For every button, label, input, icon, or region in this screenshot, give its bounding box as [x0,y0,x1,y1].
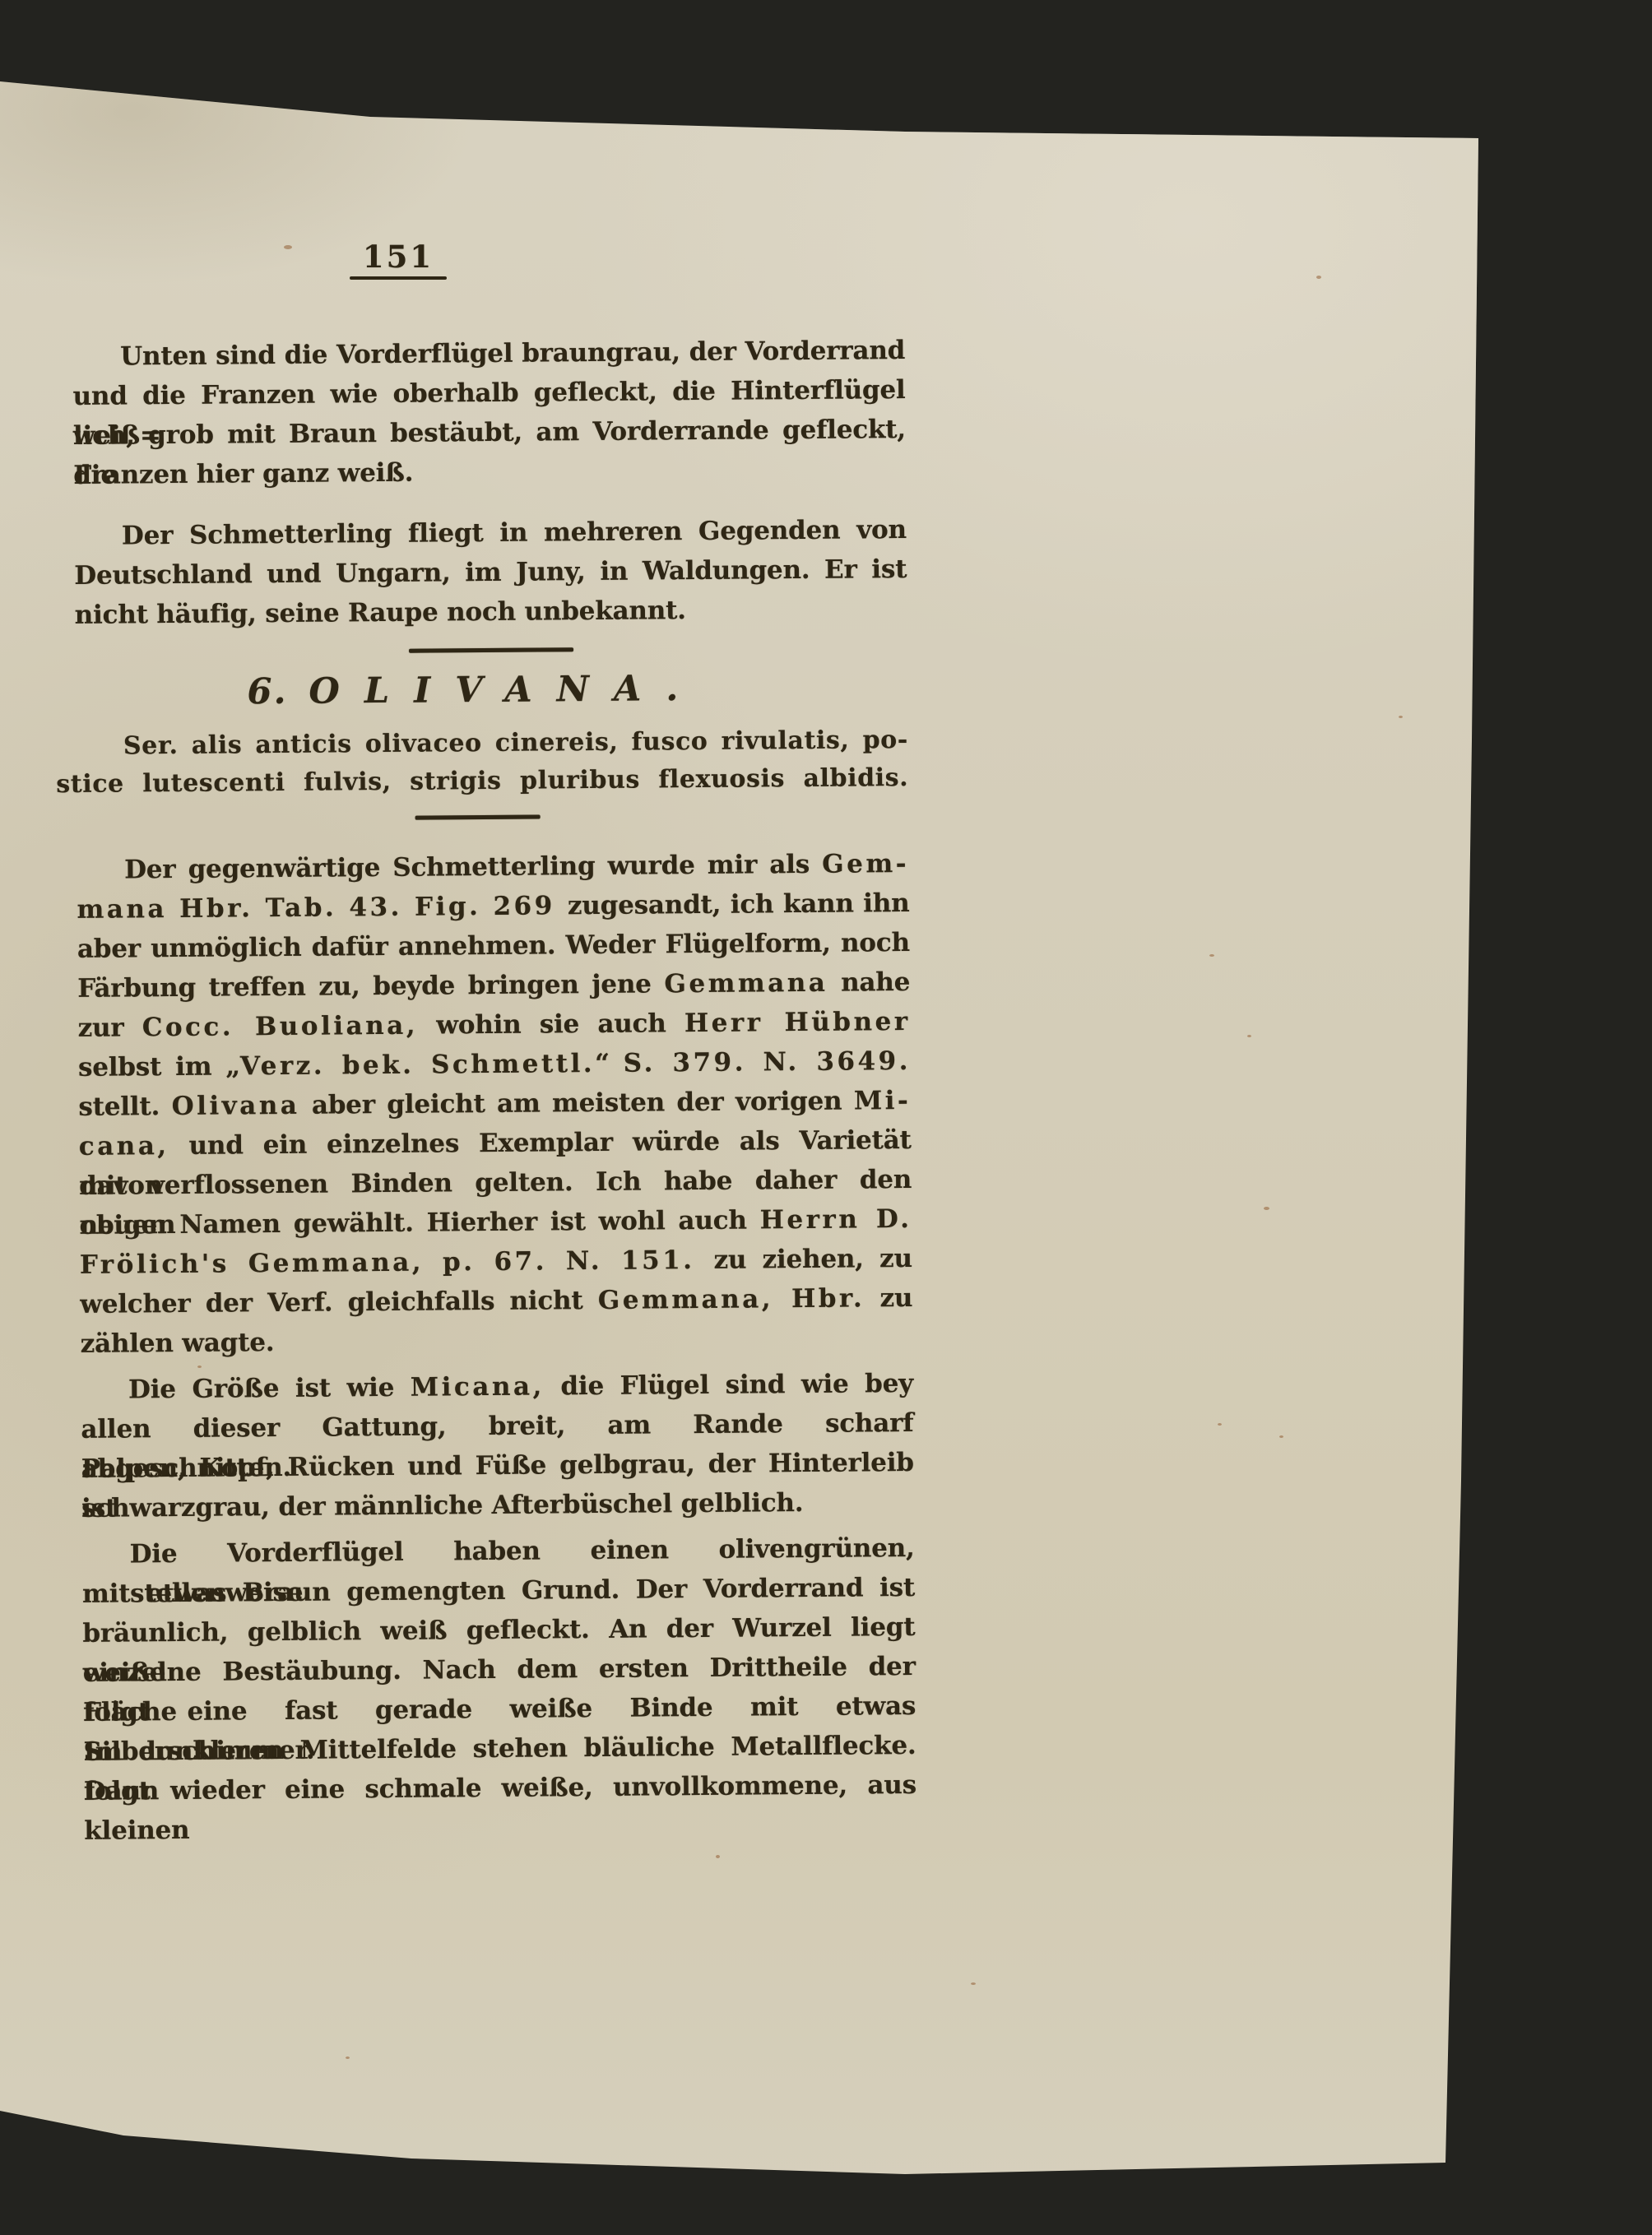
separator-rule-1 [409,647,573,653]
text-line: mit etwas Braun gemengten Grund. Der Vor… [82,1568,915,1614]
text-line: Der Schmetterling fliegt in mehreren Geg… [74,510,907,556]
text-segment: neuen Namen gewählt. Hierher ist wohl au… [79,1205,759,1240]
text-line: mit verflossenen Binden gelten. Ich habe… [79,1160,912,1206]
text-line: welcher der Verf. gleichfalls nicht Gemm… [80,1278,912,1324]
text-segment: Mi- [854,1086,912,1116]
text-segment: S. 379. N. 3649. [624,1046,912,1078]
text-segment: Deutschland und Ungarn, im Juny, in Wald… [74,554,907,591]
text-segment: zählen wagte. [81,1328,275,1359]
text-line: Frölich's Gemmana, p. 67. N. 151. zu zie… [80,1239,912,1285]
text-segment: Gemmana, p. 67. N. 151. [248,1245,714,1278]
paper-speck [1316,276,1321,279]
text-line: stice lutescenti fulvis, strigis pluribu… [56,759,908,804]
text-line: nicht häufig, seine Raupe noch unbekannt… [74,589,907,635]
paper-speck [716,1855,720,1858]
text-segment: aber unmöglich dafür annehmen. Weder Flü… [77,928,910,964]
paper-speck [1209,954,1214,957]
page-number: 151 [328,240,468,273]
text-segment: Franzen hier ganz weiß. [73,458,413,490]
latin-synopsis: Ser. alis anticis olivaceo cinereis, fus… [76,721,909,804]
heading-number: 6. [247,671,287,712]
text-line: lich, grob mit Braun bestäubt, am Vorder… [73,410,906,456]
text-line: neuen Namen gewählt. Hierher ist wohl au… [79,1199,912,1245]
paragraph-5: Die Vorderflügel haben einen olivengrüne… [81,1528,916,1811]
text-segment: aber gleicht am meisten der vorigen [299,1087,854,1120]
text-block: Unten sind die Vorderflügel braungrau, d… [72,331,916,1811]
text-segment: zur [77,1013,142,1043]
separator-rule-2 [415,815,541,820]
text-segment: Unten sind die Vorderflügel braungrau, d… [120,336,905,371]
text-segment: Micana, [411,1371,545,1402]
text-line: schwarzgrau, der männliche Afterbüschel … [81,1482,914,1528]
text-segment: Die Größe ist wie [128,1373,411,1405]
text-segment: Herrn D. [759,1204,912,1235]
text-segment: zugesandt, ich kann ihn [568,888,910,920]
scan-background: 151 Unten sind die Vorderflügel braungra… [0,0,1652,2235]
text-segment: Der Schmetterling fliegt in mehreren Geg… [122,515,907,550]
paper-speck [1264,1207,1269,1210]
text-line: einzelne Bestäubung. Nach dem ersten Dri… [83,1647,916,1693]
text-segment: mit etwas Braun gemengten Grund. Der Vor… [82,1573,915,1609]
text-line: Die Größe ist wie Micana, die Flügel sin… [81,1364,913,1410]
text-segment: die Flügel sind wie bey [545,1369,914,1402]
page-header: 151 [328,240,468,280]
paper-speck [197,1366,202,1368]
text-segment: schwarzgrau, der männliche Afterbüschel … [81,1488,803,1523]
paper-speck [284,245,292,249]
text-line: Im dunkleren Mittelfelde stehen bläulich… [83,1726,916,1772]
text-line: cana, und ein einzelnes Exemplar würde a… [79,1120,912,1166]
text-line: selbst im „Verz. bek. Schmettl.“ S. 379.… [78,1041,911,1087]
text-segment: zu ziehen, zu [713,1244,912,1275]
text-line: und die Franzen wie oberhalb gefleckt, d… [72,370,905,416]
species-heading: 6.OLIVANA. [58,664,891,716]
text-segment: Frölich's [80,1249,248,1280]
text-line: Die Vorderflügel haben einen olivengrüne… [81,1528,914,1574]
text-line: folgt eine fast gerade weiße Binde mit e… [83,1686,916,1732]
text-line: stellt. Olivana aber gleicht am meisten … [78,1081,911,1127]
text-segment: Herr Hübner [684,1007,911,1038]
paper-speck [1247,1035,1251,1037]
text-segment: Olivana [171,1091,299,1121]
text-line: zur Cocc. Buoliana, wohin sie auch Herr … [77,1002,910,1048]
paragraph-2: Der Schmetterling fliegt in mehreren Geg… [74,510,907,635]
text-line: Der gegenwärtige Schmetterling wurde mir… [77,844,909,890]
text-line: Deutschland und Ungarn, im Juny, in Wald… [74,549,907,596]
paragraph-4: Die Größe ist wie Micana, die Flügel sin… [81,1364,914,1528]
text-segment: mana Hbr. Tab. 43. Fig. 269 [77,891,568,925]
paper-speck [346,2056,350,2059]
text-segment: stice lutescenti fulvis, strigis pluribu… [56,763,908,799]
text-line: zählen wagte. [80,1318,912,1364]
text-line: allen dieser Gattung, breit, am Rande sc… [81,1403,913,1449]
text-segment: Färbung treffen zu, beyde bringen jene [77,969,664,1004]
text-line: Färbung treffen zu, beyde bringen jene G… [77,962,910,1009]
text-segment: “ [595,1049,624,1078]
text-segment: Gemmana [664,968,828,999]
text-segment: Der gegenwärtige Schmetterling wurde mir… [124,850,822,885]
paper-speck [1279,1435,1283,1438]
text-line: Unten sind die Vorderflügel braungrau, d… [72,331,905,377]
text-segment: folgt wieder eine schmale weiße, unvollk… [84,1770,916,1846]
heading-name: OLIVANA. [309,668,703,712]
text-segment: selbst im „ [78,1051,240,1083]
page-number-underline [350,276,447,280]
text-segment: Gemmana, Hbr. [598,1283,865,1315]
text-segment: Cocc. Buoliana, [142,1011,419,1043]
paper-page: 151 Unten sind die Vorderflügel braungra… [0,0,1652,2235]
text-segment: welcher der Verf. gleichfalls nicht [80,1286,598,1319]
text-segment: Ser. alis anticis olivaceo cinereis, fus… [123,726,908,760]
text-line: aber unmöglich dafür annehmen. Weder Flü… [77,923,910,969]
text-segment: stellt. [78,1092,172,1122]
text-segment: wohin sie auch [418,1009,684,1041]
text-line: mana Hbr. Tab. 43. Fig. 269 zugesandt, i… [77,883,909,930]
text-segment: Gem- [822,849,909,879]
text-segment: Verz. bek. Schmettl. [240,1049,595,1081]
paragraph-3: Der gegenwärtige Schmetterling wurde mir… [77,844,913,1364]
text-line: Franzen hier ganz weiß. [73,449,906,495]
paragraph-1: Unten sind die Vorderflügel braungrau, d… [72,331,906,495]
paper-speck [1218,1423,1222,1426]
text-segment: zu [865,1283,912,1313]
text-line: bräunlich, gelblich weiß gefleckt. An de… [82,1607,915,1653]
text-line: folgt wieder eine schmale weiße, unvollk… [84,1765,916,1811]
paper-speck [971,1982,976,1985]
text-segment: nicht häufig, seine Raupe noch unbekannt… [75,596,686,630]
text-line: Palpen, Kopf, Rücken und Füße gelbgrau, … [81,1443,914,1489]
paper-speck [1399,716,1403,718]
text-segment: nahe [828,967,910,998]
text-line: Ser. alis anticis olivaceo cinereis, fus… [76,721,908,766]
text-segment: cana, [79,1131,169,1162]
